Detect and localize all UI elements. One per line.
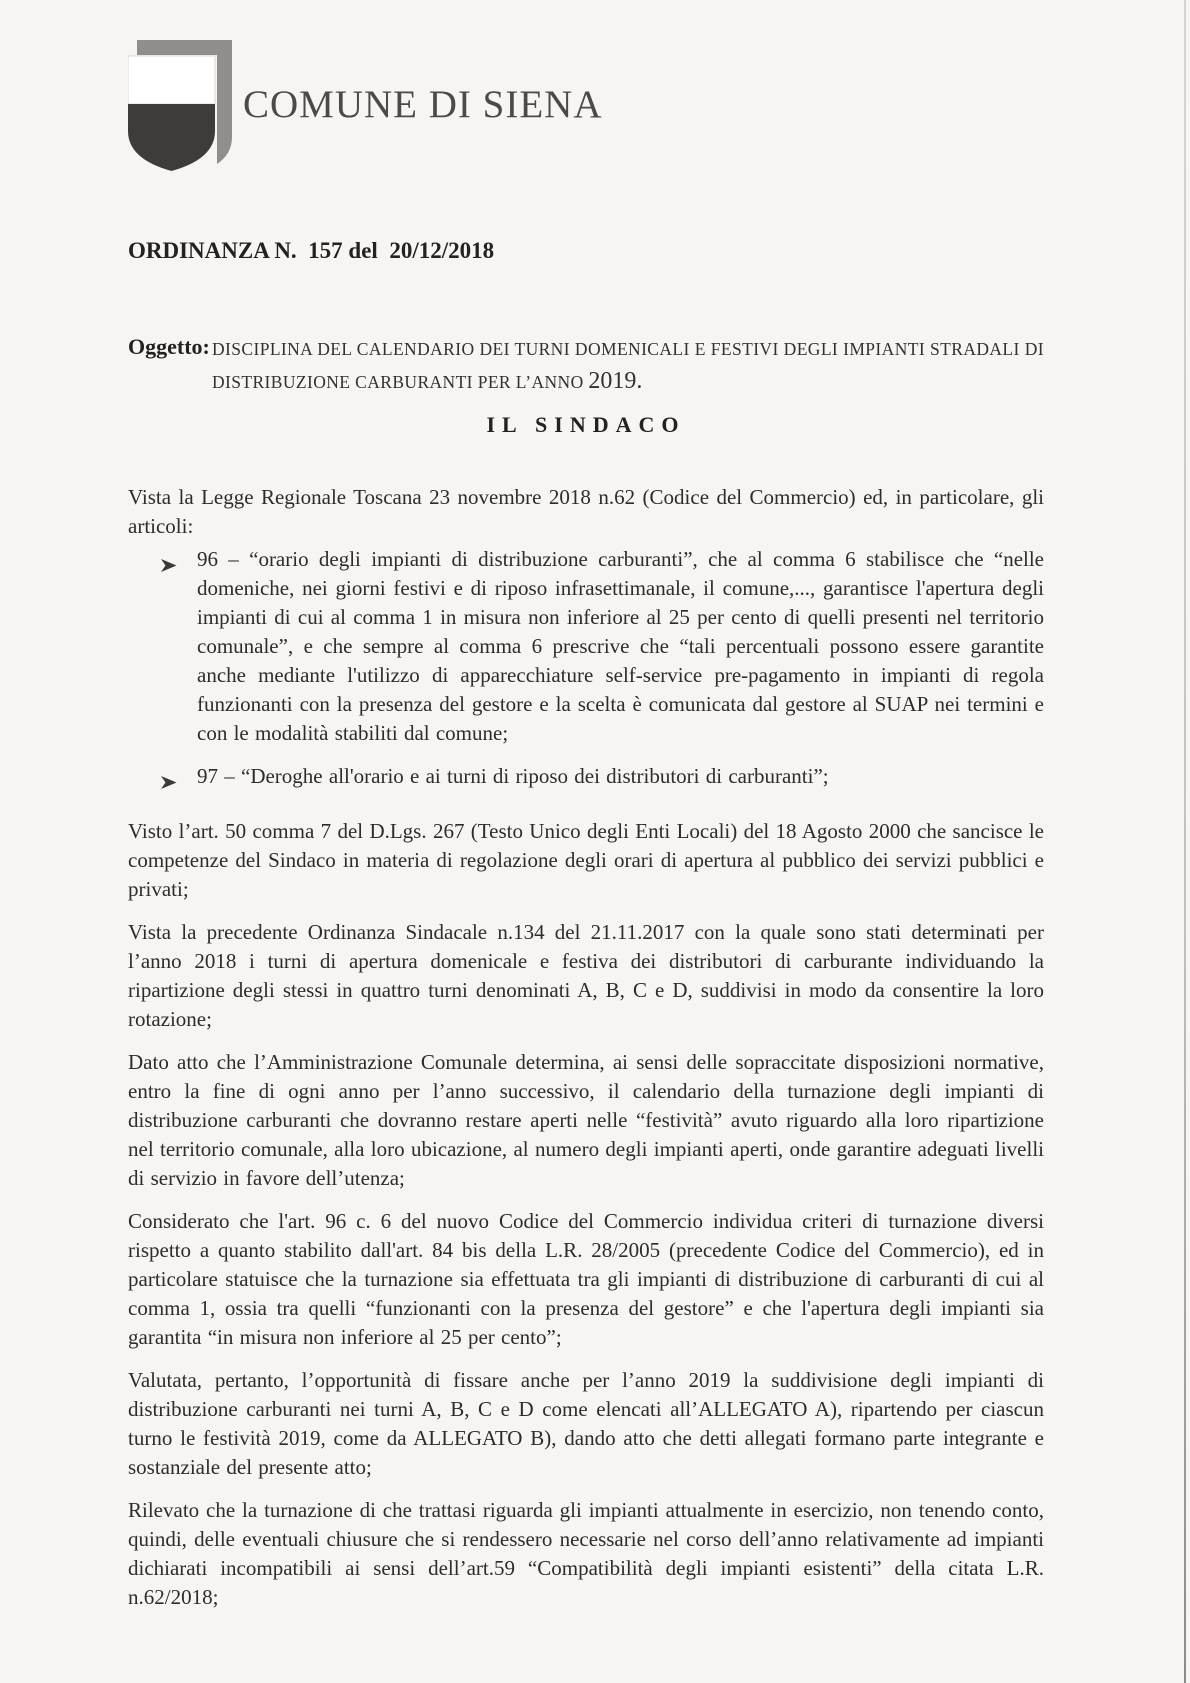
paragraph-vista-precedente: Vista la precedente Ordinanza Sindacale … <box>128 918 1044 1034</box>
subject-text: DISCIPLINA DEL CALENDARIO DEI TURNI DOME… <box>212 334 1044 399</box>
scan-edge-line <box>1184 0 1186 1683</box>
paragraph-rilevato: Rilevato che la turnazione di che tratta… <box>128 1496 1044 1612</box>
municipality-name: COMUNE DI SIENA <box>243 82 603 127</box>
list-item-article-97: 97 – “Deroghe all'orario e ai turni di r… <box>128 762 1044 791</box>
ordinance-title: ORDINANZA N. 157 del 20/12/2018 <box>128 238 1044 264</box>
arrow-bullet-icon <box>161 769 177 798</box>
subject-year: 2019. <box>588 368 642 394</box>
subject-block: Oggetto: DISCIPLINA DEL CALENDARIO DEI T… <box>128 334 1044 399</box>
article-97-text: 97 – “Deroghe all'orario e ai turni di r… <box>197 764 829 788</box>
scanned-ordinance-page: COMUNE DI SIENA ORDINANZA N. 157 del 20/… <box>0 0 1190 1683</box>
paragraph-visto-art50: Visto l’art. 50 comma 7 del D.Lgs. 267 (… <box>128 817 1044 904</box>
shield-upper-white <box>128 56 215 104</box>
subject-label: Oggetto: <box>128 334 212 399</box>
shield-lower-black <box>128 104 215 171</box>
list-item-article-96: 96 – “orario degli impianti di distribuz… <box>128 545 1044 748</box>
paragraph-considerato: Considerato che l'art. 96 c. 6 del nuovo… <box>128 1207 1044 1352</box>
siena-coat-of-arms-icon <box>128 40 234 181</box>
subject-line-2: DISTRIBUZIONE CARBURANTI PER L’ANNO 2019… <box>212 364 1044 399</box>
subject-line-1: DISCIPLINA DEL CALENDARIO DEI TURNI DOME… <box>212 334 1044 364</box>
mayor-heading: IL SINDACO <box>128 412 1044 438</box>
paragraph-intro: Vista la Legge Regionale Toscana 23 nove… <box>128 483 1044 541</box>
arrow-bullet-icon <box>161 552 177 581</box>
paragraph-valutata: Valutata, pertanto, l’opportunità di fis… <box>128 1366 1044 1482</box>
document-body: ORDINANZA N. 157 del 20/12/2018 Oggetto:… <box>128 238 1044 1626</box>
article-96-text: 96 – “orario degli impianti di distribuz… <box>197 547 1044 745</box>
paragraph-dato-atto: Dato atto che l’Amministrazione Comunale… <box>128 1048 1044 1193</box>
articles-list: 96 – “orario degli impianti di distribuz… <box>128 545 1044 791</box>
